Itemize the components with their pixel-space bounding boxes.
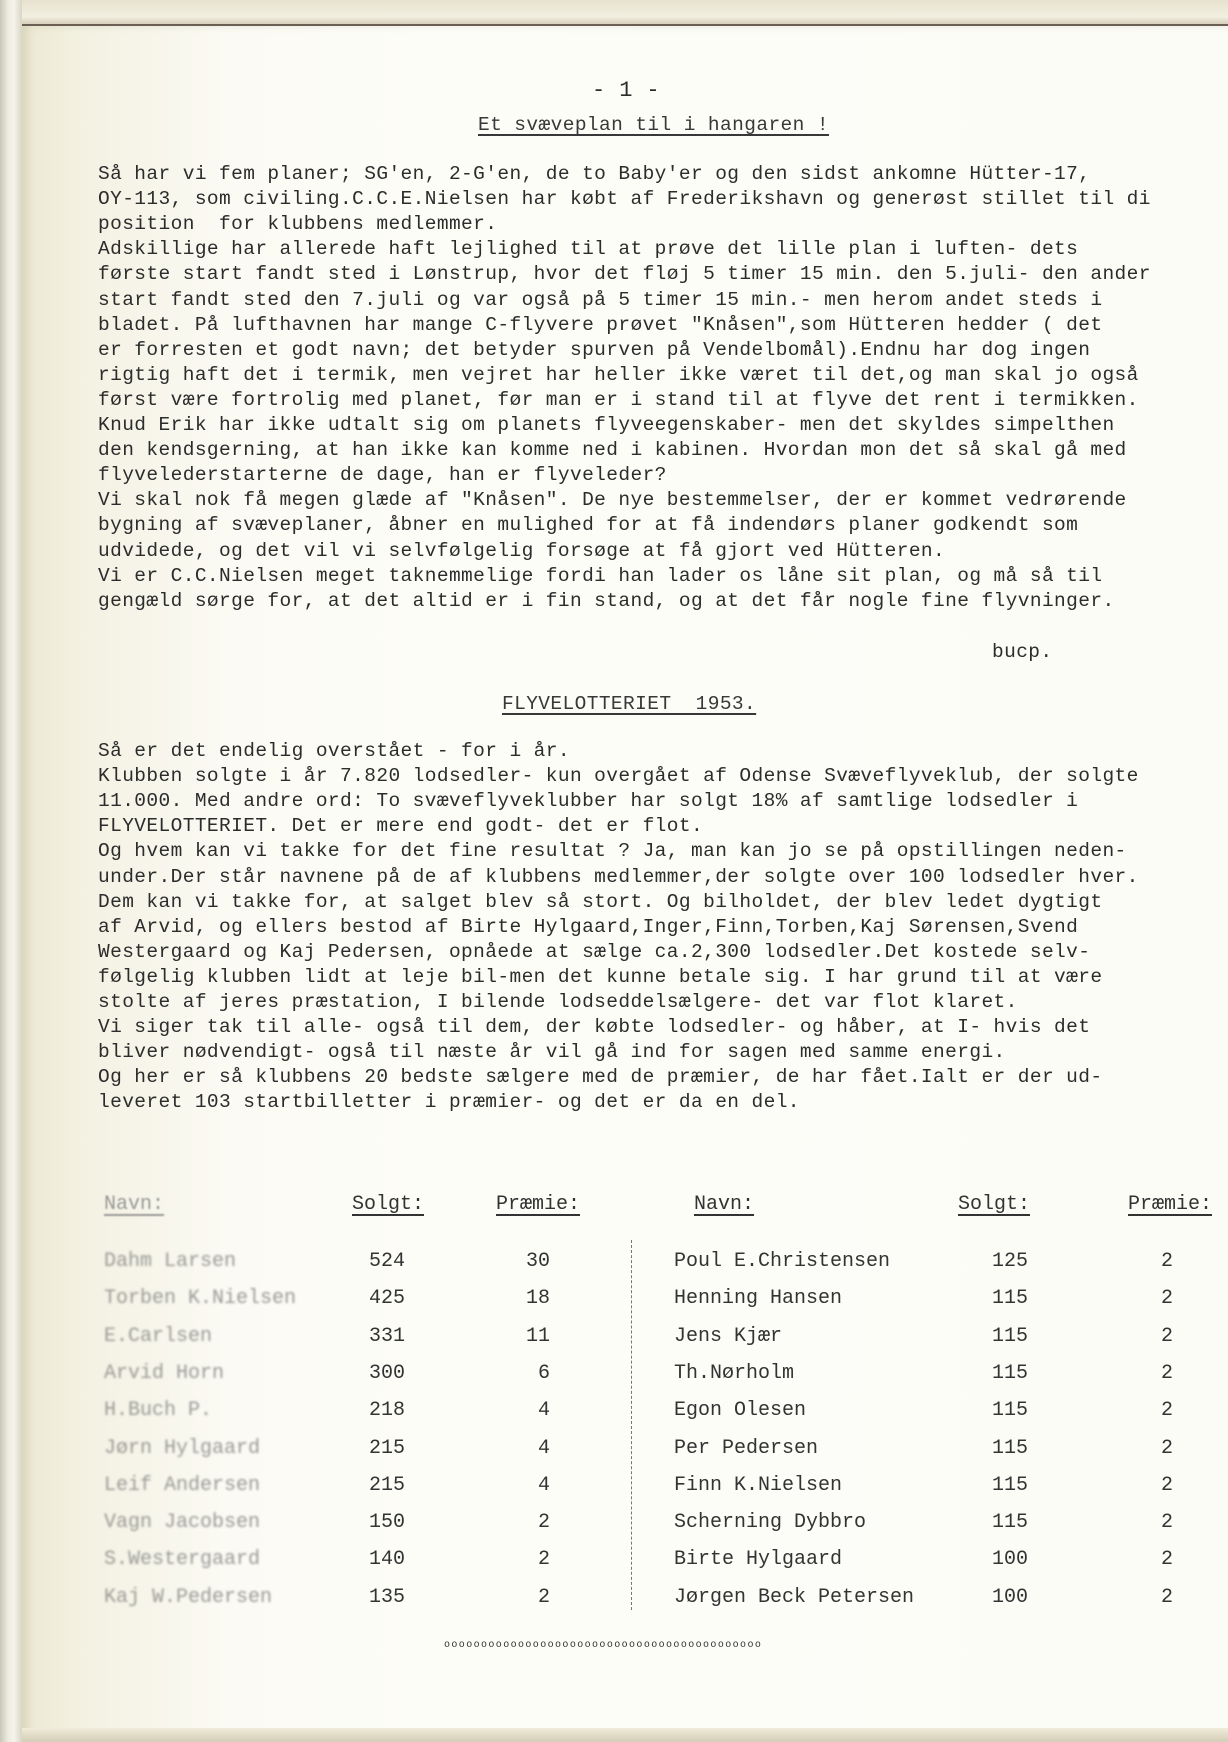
seller-name: Leif Andersen — [104, 1474, 260, 1497]
header-sold-right: Solgt: — [958, 1193, 1030, 1216]
header-name-right: Navn: — [694, 1193, 754, 1216]
prize-count: 4 — [510, 1399, 550, 1422]
article2-body-line: bliver nødvendigt- også til næste år vil… — [98, 1041, 1006, 1063]
sold-count: 115 — [968, 1474, 1028, 1497]
sold-count: 135 — [345, 1586, 405, 1609]
seller-name: Poul E.Christensen — [674, 1250, 890, 1273]
prize-count: 2 — [510, 1586, 550, 1609]
seller-name: Dahm Larsen — [104, 1250, 236, 1273]
prize-count: 2 — [510, 1548, 550, 1571]
binder-spine — [0, 0, 22, 1742]
prize-count: 18 — [510, 1287, 550, 1310]
seller-name: Per Pedersen — [674, 1437, 818, 1460]
prize-count: 6 — [510, 1362, 550, 1385]
seller-name: Egon Olesen — [674, 1399, 806, 1422]
prize-count: 2 — [1133, 1474, 1173, 1497]
seller-name: Scherning Dybbro — [674, 1511, 866, 1534]
article1-body-line: er forresten et godt navn; det betyder s… — [98, 339, 1090, 361]
article2-body-line: leveret 103 startbilletter i præmier- og… — [98, 1091, 800, 1113]
prize-count: 2 — [1133, 1250, 1173, 1273]
article-title-lottery: FLYVELOTTERIET 1953. — [502, 693, 756, 715]
footer-dotted-rule: oooooooooooooooooooooooooooooooooooooooo… — [444, 1640, 762, 1651]
sold-count: 115 — [968, 1437, 1028, 1460]
sold-count: 140 — [345, 1548, 405, 1571]
sold-count: 300 — [345, 1362, 405, 1385]
seller-name: Jens Kjær — [674, 1325, 782, 1348]
prize-count: 4 — [510, 1437, 550, 1460]
article2-body-line: Vi siger tak til alle- også til dem, der… — [98, 1016, 1090, 1038]
article1-body-line: start fandt sted den 7.juli og var også … — [98, 289, 1102, 311]
prize-count: 2 — [1133, 1362, 1173, 1385]
prize-count: 4 — [510, 1474, 550, 1497]
header-prize-right: Præmie: — [1128, 1193, 1212, 1216]
header-name-left: Navn: — [104, 1193, 164, 1216]
article1-body-line: Vi skal nok få megen glæde af "Knåsen". … — [98, 489, 1127, 511]
article1-body-line: bladet. På lufthavnen har mange C-flyver… — [98, 314, 1102, 336]
article1-body-line: den kendsgerning, at han ikke kan komme … — [98, 439, 1127, 461]
article2-body-line: Og her er så klubbens 20 bedste sælgere … — [98, 1066, 1102, 1088]
sold-count: 218 — [345, 1399, 405, 1422]
sold-count: 100 — [968, 1586, 1028, 1609]
seller-name: Kaj W.Pedersen — [104, 1586, 272, 1609]
sold-count: 125 — [968, 1250, 1028, 1273]
sold-count: 331 — [345, 1325, 405, 1348]
header-prize-left: Præmie: — [496, 1193, 580, 1216]
sold-count: 115 — [968, 1399, 1028, 1422]
article-title-sailplane: Et svæveplan til i hangaren ! — [478, 114, 829, 136]
article1-body-line: Så har vi fem planer; SG'en, 2-G'en, de … — [98, 163, 1090, 185]
article1-body-line: Vi er C.C.Nielsen meget taknemmelige for… — [98, 565, 1102, 587]
article2-body-line: af Arvid, og ellers bestod af Birte Hylg… — [98, 916, 1078, 938]
sold-count: 524 — [345, 1250, 405, 1273]
seller-name: Vagn Jacobsen — [104, 1511, 260, 1534]
page-number: - 1 - — [592, 78, 660, 103]
prize-count: 2 — [1133, 1437, 1173, 1460]
seller-name: Finn K.Nielsen — [674, 1474, 842, 1497]
seller-name: Henning Hansen — [674, 1287, 842, 1310]
prize-count: 2 — [1133, 1399, 1173, 1422]
seller-name: Th.Nørholm — [674, 1362, 794, 1385]
article2-body-line: stolte af jeres præstation, I bilende lo… — [98, 991, 1018, 1013]
prize-count: 2 — [1133, 1586, 1173, 1609]
header-sold-left: Solgt: — [352, 1193, 424, 1216]
prize-count: 30 — [510, 1250, 550, 1273]
prize-count: 2 — [1133, 1287, 1173, 1310]
article2-body-line: FLYVELOTTERIET. Det er mere end godt- de… — [98, 815, 703, 837]
prize-count: 11 — [510, 1325, 550, 1348]
article2-body-line: Dem kan vi takke for, at salget blev så … — [98, 891, 1102, 913]
seller-name: Arvid Horn — [104, 1362, 224, 1385]
article1-body-line: udvidede, og det vil vi selvfølgelig for… — [98, 540, 945, 562]
article1-body-line: rigtig haft det i termik, men vejret har… — [98, 364, 1139, 386]
page-top-edge — [22, 0, 1228, 24]
article1-body-line: flyvelederstarterne de dage, han er flyv… — [98, 464, 667, 486]
article1-body-line: Knud Erik har ikke udtalt sig om planets… — [98, 414, 1115, 436]
seller-name: S.Westergaard — [104, 1548, 260, 1571]
article1-body-line: bygning af svæveplaner, åbner en mulighe… — [98, 514, 1078, 536]
article1-body-line: Adskillige har allerede haft lejlighed t… — [98, 238, 1078, 260]
article2-body-line: Westergaard og Kaj Pedersen, opnåede at … — [98, 941, 1090, 963]
sold-count: 215 — [345, 1437, 405, 1460]
sold-count: 115 — [968, 1287, 1028, 1310]
article2-body-line: Så er det endelig overstået - for i år. — [98, 740, 570, 762]
prize-count: 2 — [1133, 1325, 1173, 1348]
article1-body-line: gengæld sørge for, at det altid er i fin… — [98, 590, 1115, 612]
sold-count: 115 — [968, 1325, 1028, 1348]
sold-count: 100 — [968, 1548, 1028, 1571]
sold-count: 115 — [968, 1362, 1028, 1385]
sold-count: 115 — [968, 1511, 1028, 1534]
article2-body-line: Klubben solgte i år 7.820 lodsedler- kun… — [98, 765, 1139, 787]
seller-name: Jørgen Beck Petersen — [674, 1586, 914, 1609]
seller-name: Torben K.Nielsen — [104, 1287, 296, 1310]
prize-count: 2 — [1133, 1548, 1173, 1571]
article1-body-line: position for klubbens medlemmer. — [98, 213, 497, 235]
article2-body-line: Og hvem kan vi takke for det fine result… — [98, 840, 1127, 862]
sold-count: 215 — [345, 1474, 405, 1497]
article2-body-line: 11.000. Med andre ord: To svæveflyveklub… — [98, 790, 1078, 812]
sold-count: 425 — [345, 1287, 405, 1310]
article1-body-line: OY-113, som civiling.C.C.E.Nielsen har k… — [98, 188, 1151, 210]
article-signature: bucp. — [992, 641, 1053, 663]
prize-count: 2 — [510, 1511, 550, 1534]
article1-body-line: første start fandt sted i Lønstrup, hvor… — [98, 263, 1151, 285]
article2-body-line: følgelig klubben lidt at leje bil-men de… — [98, 966, 1102, 988]
article1-body-line: først være fortrolig med planet, før man… — [98, 389, 1139, 411]
page-bottom-edge — [22, 1728, 1228, 1742]
seller-name: E.Carlsen — [104, 1325, 212, 1348]
column-divider — [631, 1240, 633, 1610]
seller-name: H.Buch P. — [104, 1399, 212, 1422]
seller-name: Jørn Hylgaard — [104, 1437, 260, 1460]
seller-name: Birte Hylgaard — [674, 1548, 842, 1571]
sold-count: 150 — [345, 1511, 405, 1534]
article2-body-line: under.Der står navnene på de af klubbens… — [98, 866, 1139, 888]
prize-count: 2 — [1133, 1511, 1173, 1534]
